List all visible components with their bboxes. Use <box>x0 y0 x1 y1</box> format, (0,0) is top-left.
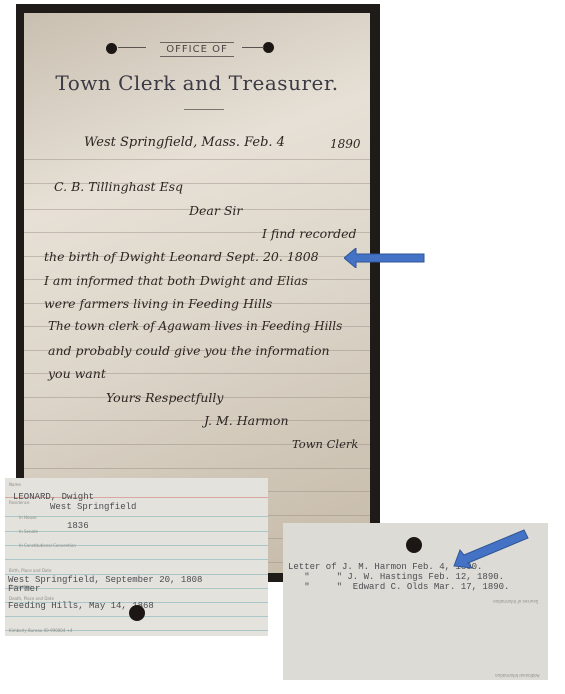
biographical-index-card: Name Residence In House In Senate In Con… <box>5 478 268 636</box>
closing: Yours Respectfully <box>106 390 224 405</box>
source-line: " " J. W. Hastings Feb. 12, 1890. <box>288 572 504 582</box>
label-in-convention: In Constitutional Convention <box>19 543 76 548</box>
value-name: LEONARD, Dwight <box>13 492 94 502</box>
addressee: C. B. Tillinghast Esq <box>54 179 183 194</box>
card-footer: Kimberly Bureau 00-990004 +4 <box>9 628 73 633</box>
body-line: I am informed that both Dwight and Elias <box>44 273 308 288</box>
source-line: " " Edward C. Olds Mar. 17, 1890. <box>288 582 509 592</box>
body-line: I find recorded <box>262 226 357 241</box>
signature: J. M. Harmon <box>204 413 289 428</box>
body-line: The town clerk of Agawam lives in Feedin… <box>48 319 342 333</box>
letterhead-ornament <box>184 109 224 110</box>
letterhead-office-of: OFFICE OF <box>24 44 370 55</box>
signature-title: Town Clerk <box>292 437 358 451</box>
punch-hole <box>129 605 145 621</box>
label-additional-information: Additional Information <box>495 673 540 678</box>
highlight-arrow-left-icon <box>344 248 426 268</box>
body-line: and probably could give you the informat… <box>48 343 330 358</box>
label-birth: Birth, Place and Date <box>9 568 51 573</box>
place-date: West Springfield, Mass. Feb. 4 <box>84 135 285 150</box>
value-residence: West Springfield <box>50 502 136 512</box>
label-in-senate: In Senate <box>19 529 38 534</box>
label-in-house: In House <box>19 515 37 520</box>
label-name: Name <box>9 482 21 487</box>
salutation: Dear Sir <box>189 203 242 218</box>
value-occupation: Farmer <box>8 584 40 594</box>
label-sources-of-information: Sources of Information <box>493 599 538 604</box>
letter-year: 1890 <box>330 137 361 151</box>
body-line: the birth of Dwight Leonard Sept. 20. 18… <box>44 249 319 264</box>
value-senate-year: 1836 <box>67 521 89 531</box>
letterhead-title: Town Clerk and Treasurer. <box>24 71 370 95</box>
punch-hole <box>406 537 422 553</box>
body-line: you want <box>48 366 106 381</box>
highlight-arrow-diagonal-icon <box>452 528 530 570</box>
body-line: were farmers living in Feeding Hills <box>44 296 272 311</box>
